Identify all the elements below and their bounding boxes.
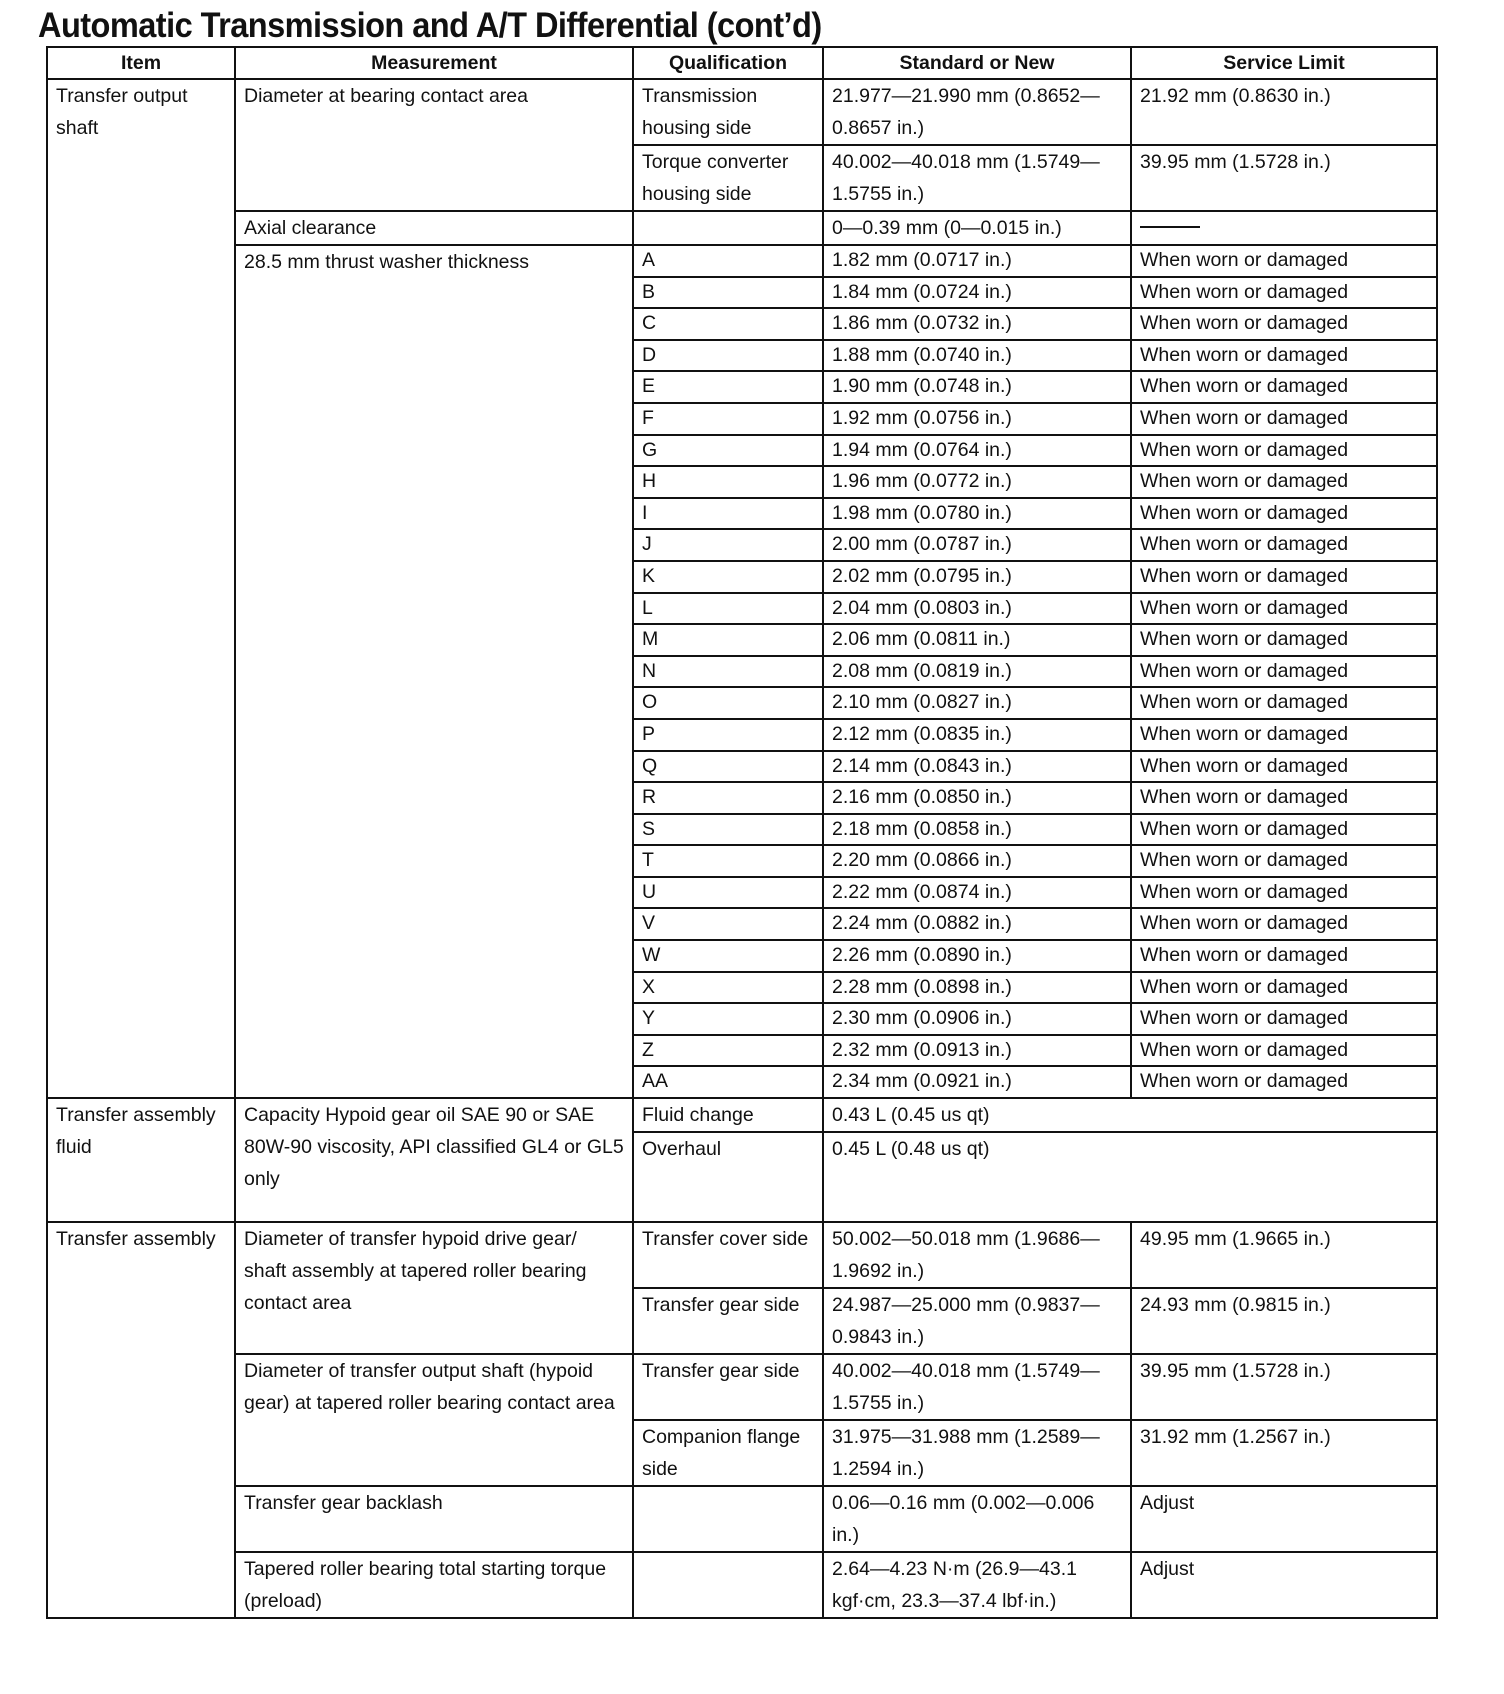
standard-cell: 2.34 mm (0.0921 in.)	[823, 1066, 1131, 1098]
standard-cell: 2.26 mm (0.0890 in.)	[823, 940, 1131, 972]
qualification-cell: W	[633, 940, 823, 972]
table-row: Diameter of transfer output shaft (hypoi…	[47, 1354, 1437, 1420]
standard-cell: 2.02 mm (0.0795 in.)	[823, 561, 1131, 593]
limit-cell: When worn or damaged	[1131, 435, 1437, 467]
qualification-cell: Transfer cover side	[633, 1222, 823, 1288]
standard-cell: 50.002—50.018 mm (1.9686—1.9692 in.)	[823, 1222, 1131, 1288]
limit-cell: When worn or damaged	[1131, 814, 1437, 846]
header-service-limit: Service Limit	[1131, 47, 1437, 79]
qualification-cell	[633, 1552, 823, 1618]
standard-cell: 2.24 mm (0.0882 in.)	[823, 908, 1131, 940]
standard-cell: 2.20 mm (0.0866 in.)	[823, 845, 1131, 877]
limit-cell: When worn or damaged	[1131, 940, 1437, 972]
qualification-cell: P	[633, 719, 823, 751]
qualification-cell: Y	[633, 1003, 823, 1035]
limit-cell: When worn or damaged	[1131, 561, 1437, 593]
qualification-cell: Torque converter housing side	[633, 145, 823, 211]
measurement-cell: Diameter of transfer hypoid drive gear/ …	[235, 1222, 633, 1354]
standard-cell: 2.22 mm (0.0874 in.)	[823, 877, 1131, 909]
limit-cell: 24.93 mm (0.9815 in.)	[1131, 1288, 1437, 1354]
standard-cell: 2.18 mm (0.0858 in.)	[823, 814, 1131, 846]
limit-cell: 39.95 mm (1.5728 in.)	[1131, 145, 1437, 211]
table-row: Transfer assembly fluidCapacity Hypoid g…	[47, 1098, 1437, 1132]
header-measurement: Measurement	[235, 47, 633, 79]
qualification-cell: I	[633, 498, 823, 530]
standard-cell: 1.90 mm (0.0748 in.)	[823, 371, 1131, 403]
header-standard: Standard or New	[823, 47, 1131, 79]
standard-cell: 2.00 mm (0.0787 in.)	[823, 529, 1131, 561]
limit-cell: When worn or damaged	[1131, 277, 1437, 309]
table-header-row: Item Measurement Qualification Standard …	[47, 47, 1437, 79]
standard-cell: 2.04 mm (0.0803 in.)	[823, 593, 1131, 625]
standard-cell: 2.28 mm (0.0898 in.)	[823, 972, 1131, 1004]
dash-placeholder	[1140, 226, 1200, 228]
limit-cell: When worn or damaged	[1131, 1003, 1437, 1035]
limit-cell	[1131, 211, 1437, 245]
qualification-cell: Transmission housing side	[633, 79, 823, 145]
qualification-cell: O	[633, 687, 823, 719]
standard-cell: 1.86 mm (0.0732 in.)	[823, 308, 1131, 340]
limit-cell: 49.95 mm (1.9665 in.)	[1131, 1222, 1437, 1288]
header-item: Item	[47, 47, 235, 79]
limit-cell: When worn or damaged	[1131, 308, 1437, 340]
table-row: 28.5 mm thrust washer thicknessA1.82 mm …	[47, 245, 1437, 277]
standard-cell: 1.84 mm (0.0724 in.)	[823, 277, 1131, 309]
qualification-cell: G	[633, 435, 823, 467]
standard-cell: 2.06 mm (0.0811 in.)	[823, 624, 1131, 656]
qualification-cell: L	[633, 593, 823, 625]
measurement-cell: Tapered roller bearing total starting to…	[235, 1552, 633, 1618]
standard-cell: 1.94 mm (0.0764 in.)	[823, 435, 1131, 467]
limit-cell: When worn or damaged	[1131, 466, 1437, 498]
limit-cell: When worn or damaged	[1131, 972, 1437, 1004]
qualification-cell: U	[633, 877, 823, 909]
limit-cell: When worn or damaged	[1131, 782, 1437, 814]
limit-cell: 31.92 mm (1.2567 in.)	[1131, 1420, 1437, 1486]
limit-cell: When worn or damaged	[1131, 845, 1437, 877]
qualification-cell: M	[633, 624, 823, 656]
limit-cell: 21.92 mm (0.8630 in.)	[1131, 79, 1437, 145]
limit-cell: When worn or damaged	[1131, 877, 1437, 909]
measurement-cell: Transfer gear backlash	[235, 1486, 633, 1552]
qualification-cell: D	[633, 340, 823, 372]
limit-cell: When worn or damaged	[1131, 1066, 1437, 1098]
qualification-cell: AA	[633, 1066, 823, 1098]
limit-cell: When worn or damaged	[1131, 529, 1437, 561]
table-row: Axial clearance0—0.39 mm (0—0.015 in.)	[47, 211, 1437, 245]
qualification-cell: Transfer gear side	[633, 1354, 823, 1420]
page-title: Automatic Transmission and A/T Different…	[38, 6, 822, 46]
limit-cell: When worn or damaged	[1131, 908, 1437, 940]
qualification-cell: Z	[633, 1035, 823, 1067]
qualification-cell: X	[633, 972, 823, 1004]
qualification-cell	[633, 211, 823, 245]
standard-cell: 1.92 mm (0.0756 in.)	[823, 403, 1131, 435]
qualification-cell: R	[633, 782, 823, 814]
qualification-cell: Companion flange side	[633, 1420, 823, 1486]
standard-cell: 2.08 mm (0.0819 in.)	[823, 656, 1131, 688]
standard-cell: 2.14 mm (0.0843 in.)	[823, 751, 1131, 783]
qualification-cell: B	[633, 277, 823, 309]
capacity-value-cell: 0.43 L (0.45 us qt)	[823, 1098, 1437, 1132]
table-row: Transfer output shaftDiameter at bearing…	[47, 79, 1437, 145]
qualification-cell: K	[633, 561, 823, 593]
standard-cell: 2.64—4.23 N·m (26.9—43.1 kgf·cm, 23.3—37…	[823, 1552, 1131, 1618]
limit-cell: When worn or damaged	[1131, 751, 1437, 783]
limit-cell: When worn or damaged	[1131, 593, 1437, 625]
table-row: Transfer gear backlash0.06—0.16 mm (0.00…	[47, 1486, 1437, 1552]
measurement-cell: Capacity Hypoid gear oil SAE 90 or SAE 8…	[235, 1098, 633, 1222]
qualification-cell: V	[633, 908, 823, 940]
standard-cell: 1.88 mm (0.0740 in.)	[823, 340, 1131, 372]
limit-cell: 39.95 mm (1.5728 in.)	[1131, 1354, 1437, 1420]
standard-cell: 40.002—40.018 mm (1.5749—1.5755 in.)	[823, 145, 1131, 211]
limit-cell: Adjust	[1131, 1552, 1437, 1618]
standard-cell: 2.16 mm (0.0850 in.)	[823, 782, 1131, 814]
qualification-cell: T	[633, 845, 823, 877]
capacity-value-cell: 0.45 L (0.48 us qt)	[823, 1132, 1437, 1222]
standard-cell: 0.06—0.16 mm (0.002—0.006 in.)	[823, 1486, 1131, 1552]
qualification-cell	[633, 1486, 823, 1552]
standard-cell: 1.98 mm (0.0780 in.)	[823, 498, 1131, 530]
measurement-cell: Axial clearance	[235, 211, 633, 245]
qualification-cell: H	[633, 466, 823, 498]
item-cell: Transfer assembly fluid	[47, 1098, 235, 1222]
limit-cell: When worn or damaged	[1131, 1035, 1437, 1067]
limit-cell: When worn or damaged	[1131, 403, 1437, 435]
standard-cell: 1.82 mm (0.0717 in.)	[823, 245, 1131, 277]
limit-cell: When worn or damaged	[1131, 498, 1437, 530]
limit-cell: When worn or damaged	[1131, 245, 1437, 277]
standard-cell: 0—0.39 mm (0—0.015 in.)	[823, 211, 1131, 245]
limit-cell: When worn or damaged	[1131, 687, 1437, 719]
qualification-cell: Transfer gear side	[633, 1288, 823, 1354]
qualification-cell: Overhaul	[633, 1132, 823, 1222]
qualification-cell: F	[633, 403, 823, 435]
table-row: Tapered roller bearing total starting to…	[47, 1552, 1437, 1618]
qualification-cell: A	[633, 245, 823, 277]
qualification-cell: Q	[633, 751, 823, 783]
standard-cell: 2.10 mm (0.0827 in.)	[823, 687, 1131, 719]
standard-cell: 2.32 mm (0.0913 in.)	[823, 1035, 1131, 1067]
limit-cell: When worn or damaged	[1131, 624, 1437, 656]
table-row: Transfer assemblyDiameter of transfer hy…	[47, 1222, 1437, 1288]
measurement-cell: 28.5 mm thrust washer thickness	[235, 245, 633, 1098]
limit-cell: When worn or damaged	[1131, 340, 1437, 372]
qualification-cell: N	[633, 656, 823, 688]
limit-cell: When worn or damaged	[1131, 371, 1437, 403]
limit-cell: When worn or damaged	[1131, 656, 1437, 688]
measurement-cell: Diameter at bearing contact area	[235, 79, 633, 211]
limit-cell: When worn or damaged	[1131, 719, 1437, 751]
qualification-cell: Fluid change	[633, 1098, 823, 1132]
limit-cell: Adjust	[1131, 1486, 1437, 1552]
measurement-cell: Diameter of transfer output shaft (hypoi…	[235, 1354, 633, 1486]
standard-cell: 1.96 mm (0.0772 in.)	[823, 466, 1131, 498]
header-qualification: Qualification	[633, 47, 823, 79]
standard-cell: 24.987—25.000 mm (0.9837—0.9843 in.)	[823, 1288, 1131, 1354]
standard-cell: 40.002—40.018 mm (1.5749—1.5755 in.)	[823, 1354, 1131, 1420]
qualification-cell: C	[633, 308, 823, 340]
standard-cell: 31.975—31.988 mm (1.2589—1.2594 in.)	[823, 1420, 1131, 1486]
item-cell: Transfer output shaft	[47, 79, 235, 1098]
standard-cell: 21.977—21.990 mm (0.8652—0.8657 in.)	[823, 79, 1131, 145]
qualification-cell: E	[633, 371, 823, 403]
item-cell: Transfer assembly	[47, 1222, 235, 1618]
qualification-cell: J	[633, 529, 823, 561]
standard-cell: 2.12 mm (0.0835 in.)	[823, 719, 1131, 751]
specifications-table: Item Measurement Qualification Standard …	[46, 46, 1438, 1619]
standard-cell: 2.30 mm (0.0906 in.)	[823, 1003, 1131, 1035]
qualification-cell: S	[633, 814, 823, 846]
